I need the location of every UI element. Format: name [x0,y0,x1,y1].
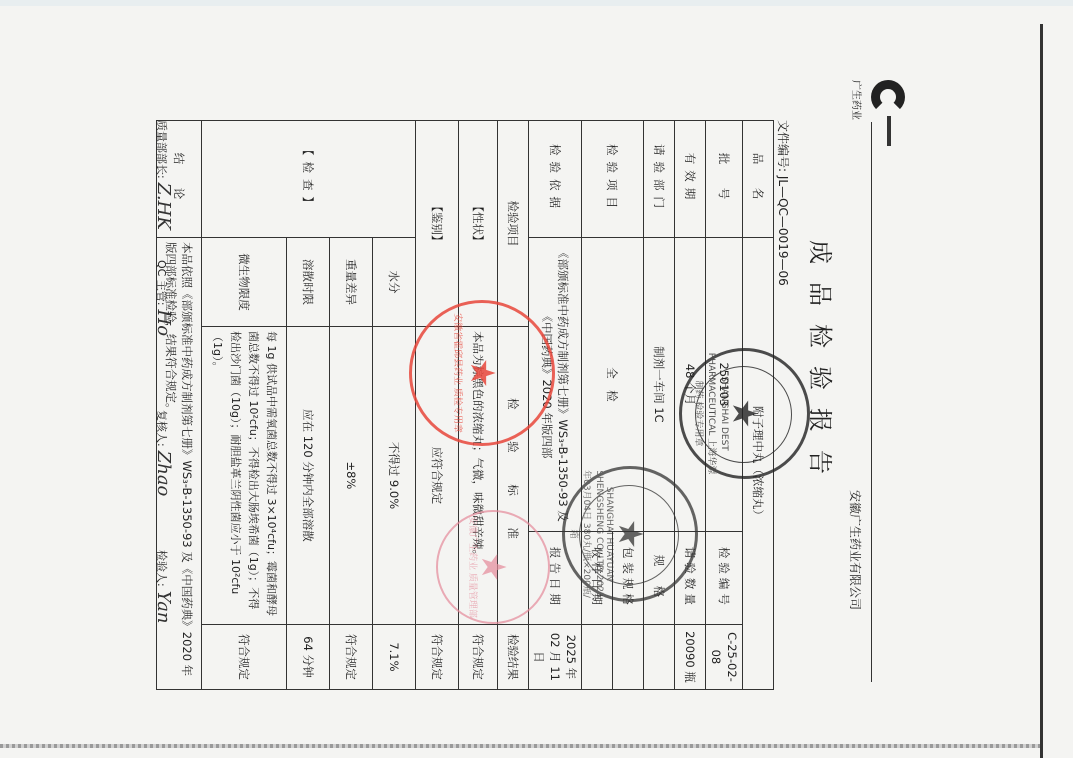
table-row: 【性状】 本品为棕黑色的浓缩丸；气微，味微甜辛辣。 符合规定 [459,121,498,690]
table-row: 品 名 附子理中丸（浓缩丸） [743,121,774,690]
table-row: 有效期 48 个月 请验数量 20090 瓶 [675,121,706,690]
table-row: 【检查】 水分 不得过 9.0% 7.1% [373,121,416,690]
standard-appearance: 本品为棕黑色的浓缩丸；气微，味微甜辛辣。 [459,327,498,625]
value-package-spec [613,624,644,689]
doc-no-label: 文件编号: [776,120,790,172]
standard-weight-variation: ±8% [330,327,373,625]
table-row: 批 号 250103 检验编号 C-25-02-08 [706,121,743,690]
doc-no-value: JL—QC—0019—06 [776,176,790,286]
result-dissolution: 64 分钟 [287,624,330,689]
company-name: 安徽广生药业有限公司 [847,490,864,610]
result-identification: 符合规定 [416,624,459,689]
header-rule [871,122,872,682]
result-moisture: 7.1% [373,624,416,689]
table-row: 【鉴别】 应符合规定 符合规定 [416,121,459,690]
label-report-date: 报告日期 [529,531,582,624]
standard-identification: 应符合规定 [416,327,459,625]
logo-bar-icon [887,116,891,146]
table-row: 检验项目 全 检 包装规格 [613,121,644,690]
col-header-standard: 检 验 标 准 [498,327,529,625]
inspection-table: 品 名 附子理中丸（浓缩丸） 批 号 250103 检验编号 C-25-02-0… [156,120,774,690]
value-report-date: 2025 年 02 月 11 日 [529,624,582,689]
section-appearance: 【性状】 [459,121,498,327]
label-spec: 规 格 [644,531,675,624]
standard-microbial: 每 1g 供试品中需氧菌总数不得过 3×10⁴cfu；霉菌和酵母菌总数不得过 1… [202,327,287,625]
table-header-row: 检验项目 检 验 标 准 检验结果 [498,121,529,690]
label-product-name: 品 名 [743,121,774,238]
standard-dissolution: 应在 120 分钟内全部溶散 [287,327,330,625]
table-row: 请验部门 制剂一车间 1C 规 格 [644,121,675,690]
value-department: 制剂一车间 1C [644,238,675,532]
label-inspection-no: 检验编号 [706,531,743,624]
qc-head-signature: QC 主管:Ho [153,260,174,336]
value-sample-date [582,624,613,689]
label-package-spec: 包装规格 [613,531,644,624]
value-request-qty: 20090 瓶 [675,624,706,689]
value-basis: 《部颁标准中药成方制剂第七册》WS₃-B-1350-93 及《中国药典》2020… [529,238,582,532]
document-number: 文件编号: JL—QC—0019—06 [775,120,792,286]
label-validity: 有效期 [675,121,706,238]
label-sample-date: 收样日期 [582,531,613,624]
item-weight-variation: 重量差异 [330,238,373,327]
result-appearance: 符合规定 [459,624,498,689]
standard-moisture: 不得过 9.0% [373,327,416,625]
result-microbial: 符合规定 [202,624,287,689]
scan-border [0,0,1073,6]
result-weight-variation: 符合规定 [330,624,373,689]
value-product-name: 附子理中丸（浓缩丸） [743,238,774,690]
value-inspection-no: C-25-02-08 [706,624,743,689]
label-request-qty: 请验数量 [675,531,706,624]
col-header-item: 检验项目 [498,121,529,327]
reviewer-signature: 复核人:Zhao [153,410,174,496]
value-spec [644,624,675,689]
item-dissolution: 溶散时限 [287,238,330,327]
col-header-result: 检验结果 [498,624,529,689]
company-logo: 广生药业 [845,80,905,140]
inspector-signature: 检验人:Yan [153,550,174,624]
section-identification: 【鉴别】 [416,121,459,327]
qa-head-signature: 质量部部长:Z.HK [153,120,174,230]
inspection-report-page: 广生药业 安徽广生药业有限公司 成品检验报告 文件编号: JL—QC—0019—… [100,50,1000,750]
label-test-items: 检验项目 [582,121,644,238]
page-title: 成品检验报告 [805,240,840,492]
label-batch: 批 号 [706,121,743,238]
logo-text: 广生药业 [850,80,865,120]
item-microbial: 微生物限度 [202,238,287,327]
logo-g-icon [871,80,905,114]
section-tests: 【检查】 [202,121,416,238]
value-validity: 48 个月 [675,238,706,532]
value-batch: 250103 [706,238,743,532]
page-edge [1040,24,1043,758]
label-basis: 检验依据 [529,121,582,238]
table-row: 检验依据 《部颁标准中药成方制剂第七册》WS₃-B-1350-93 及《中国药典… [529,121,582,690]
item-moisture: 水分 [373,238,416,327]
label-department: 请验部门 [644,121,675,238]
value-test-items: 全 检 [582,238,644,532]
